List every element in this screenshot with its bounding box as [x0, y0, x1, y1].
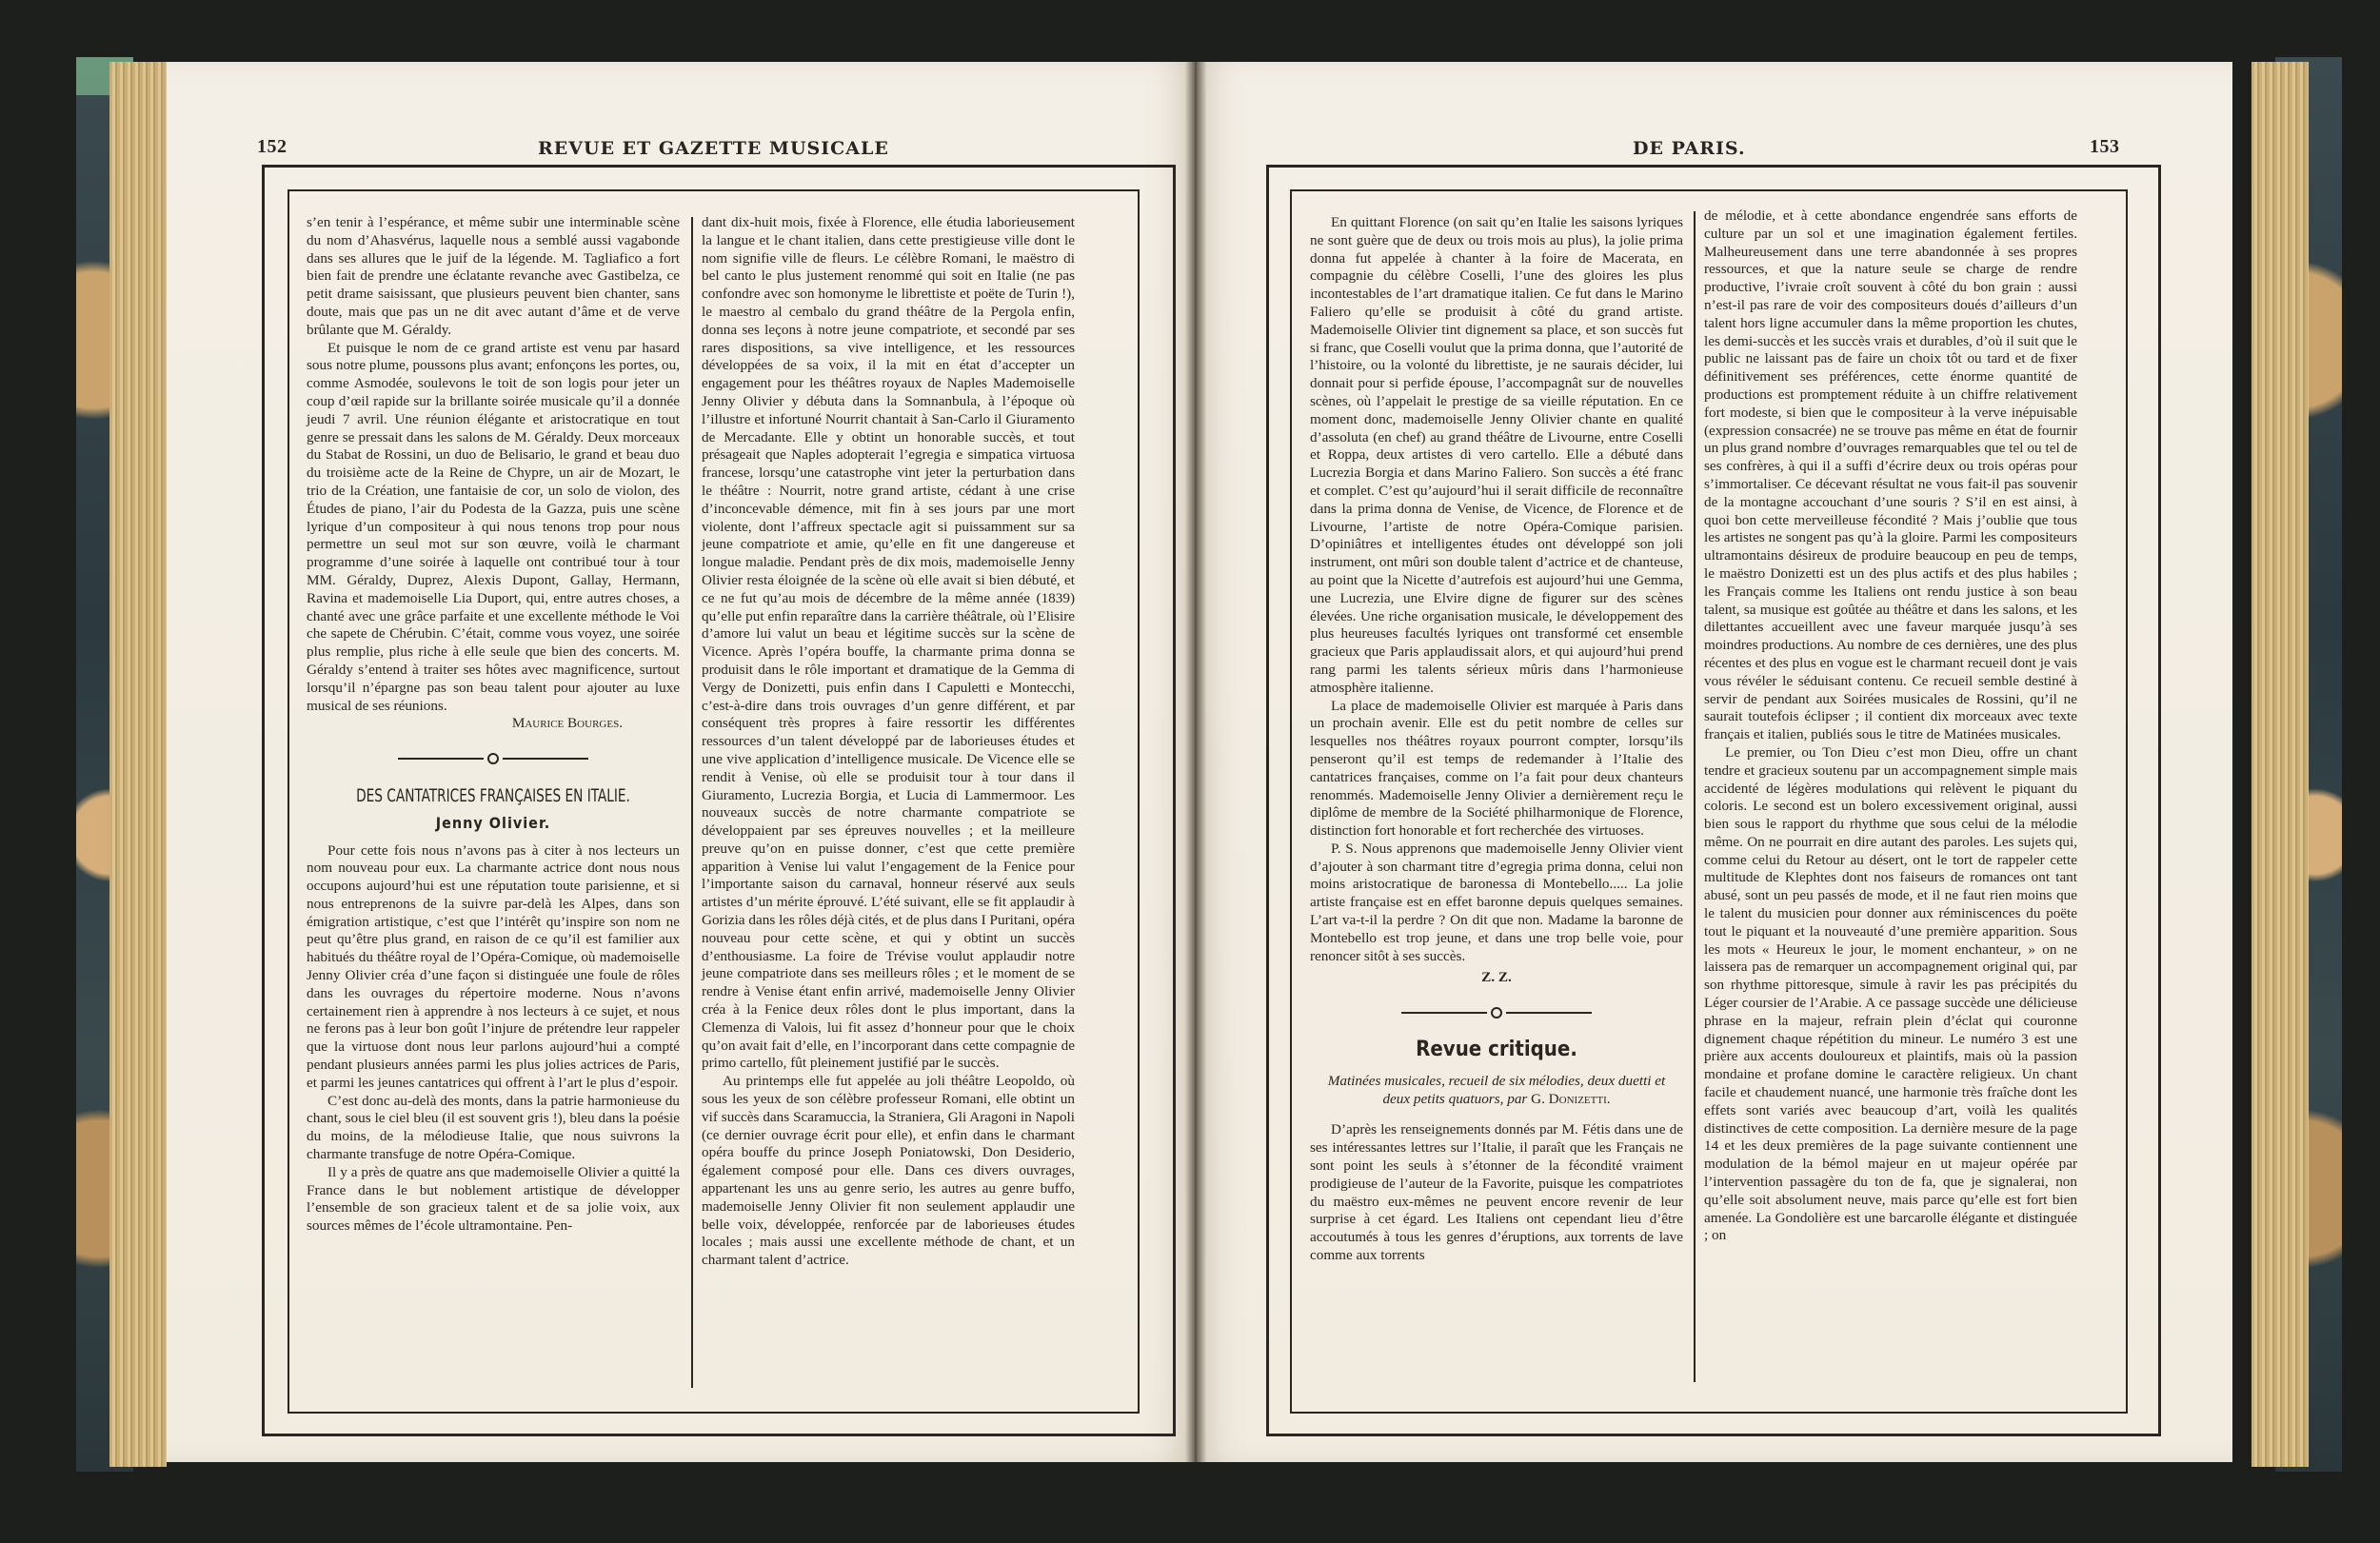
- left-column-rule: [691, 217, 693, 1388]
- left-column-2: dant dix-huit mois, fixée à Florence, el…: [702, 214, 1075, 1270]
- page-number-left: 152: [257, 136, 288, 158]
- paragraph: En quittant Florence (on sait qu’en Ital…: [1310, 214, 1683, 698]
- signature-zz: Z. Z.: [1310, 969, 1683, 987]
- paragraph: Pour cette fois nous n’avons pas à citer…: [307, 842, 680, 1093]
- ornament-divider: [1310, 1004, 1683, 1022]
- paragraph: C’est donc au-delà des monts, dans la pa…: [307, 1093, 680, 1164]
- right-column-2: de mélodie, et à cette abondance engendr…: [1704, 208, 2077, 1245]
- paragraph: Et puisque le nom de ce grand artiste es…: [307, 340, 680, 716]
- article-subtitle: Jenny Olivier.: [307, 815, 680, 833]
- right-column-1: En quittant Florence (on sait qu’en Ital…: [1310, 214, 1683, 1265]
- left-column-1: s’en tenir à l’espérance, et même subir …: [307, 214, 680, 1236]
- page-number-right: 153: [2090, 136, 2120, 158]
- running-head-right: DE PARIS.: [1633, 138, 1746, 159]
- paragraph: Au printemps elle fut appelée au joli th…: [702, 1073, 1075, 1270]
- ornament-divider: [307, 750, 680, 768]
- paragraph: s’en tenir à l’espérance, et même subir …: [307, 214, 680, 340]
- paragraph: dant dix-huit mois, fixée à Florence, el…: [702, 214, 1075, 1073]
- paragraph: D’après les renseignements donnés par M.…: [1310, 1121, 1683, 1264]
- book-gutter: [1185, 62, 1206, 1462]
- page-edges-left: [109, 62, 167, 1467]
- paragraph: de mélodie, et à cette abondance engendr…: [1704, 208, 2077, 744]
- running-head-left: REVUE ET GAZETTE MUSICALE: [538, 138, 889, 159]
- paragraph: Le premier, ou Ton Dieu c’est mon Dieu, …: [1704, 744, 2077, 1245]
- article-title: DES CANTATRICES FRANÇAISES EN ITALIE.: [344, 787, 643, 805]
- page-edges-right: [2251, 62, 2309, 1467]
- paragraph: Il y a près de quatre ans que mademoisel…: [307, 1164, 680, 1236]
- signature-maurice-bourges: Maurice Bourges.: [307, 715, 680, 733]
- paragraph: P. S. Nous apprenons que mademoiselle Je…: [1310, 841, 1683, 966]
- right-column-rule: [1694, 211, 1696, 1382]
- review-author: G. Donizetti.: [1531, 1091, 1610, 1107]
- review-work-title: Matinées musicales, recueil de six mélod…: [1328, 1073, 1666, 1107]
- review-subtitle: Matinées musicales, recueil de six mélod…: [1310, 1073, 1683, 1109]
- paragraph: La place de mademoiselle Olivier est mar…: [1310, 698, 1683, 841]
- review-section-title: Revue critique.: [1310, 1041, 1683, 1059]
